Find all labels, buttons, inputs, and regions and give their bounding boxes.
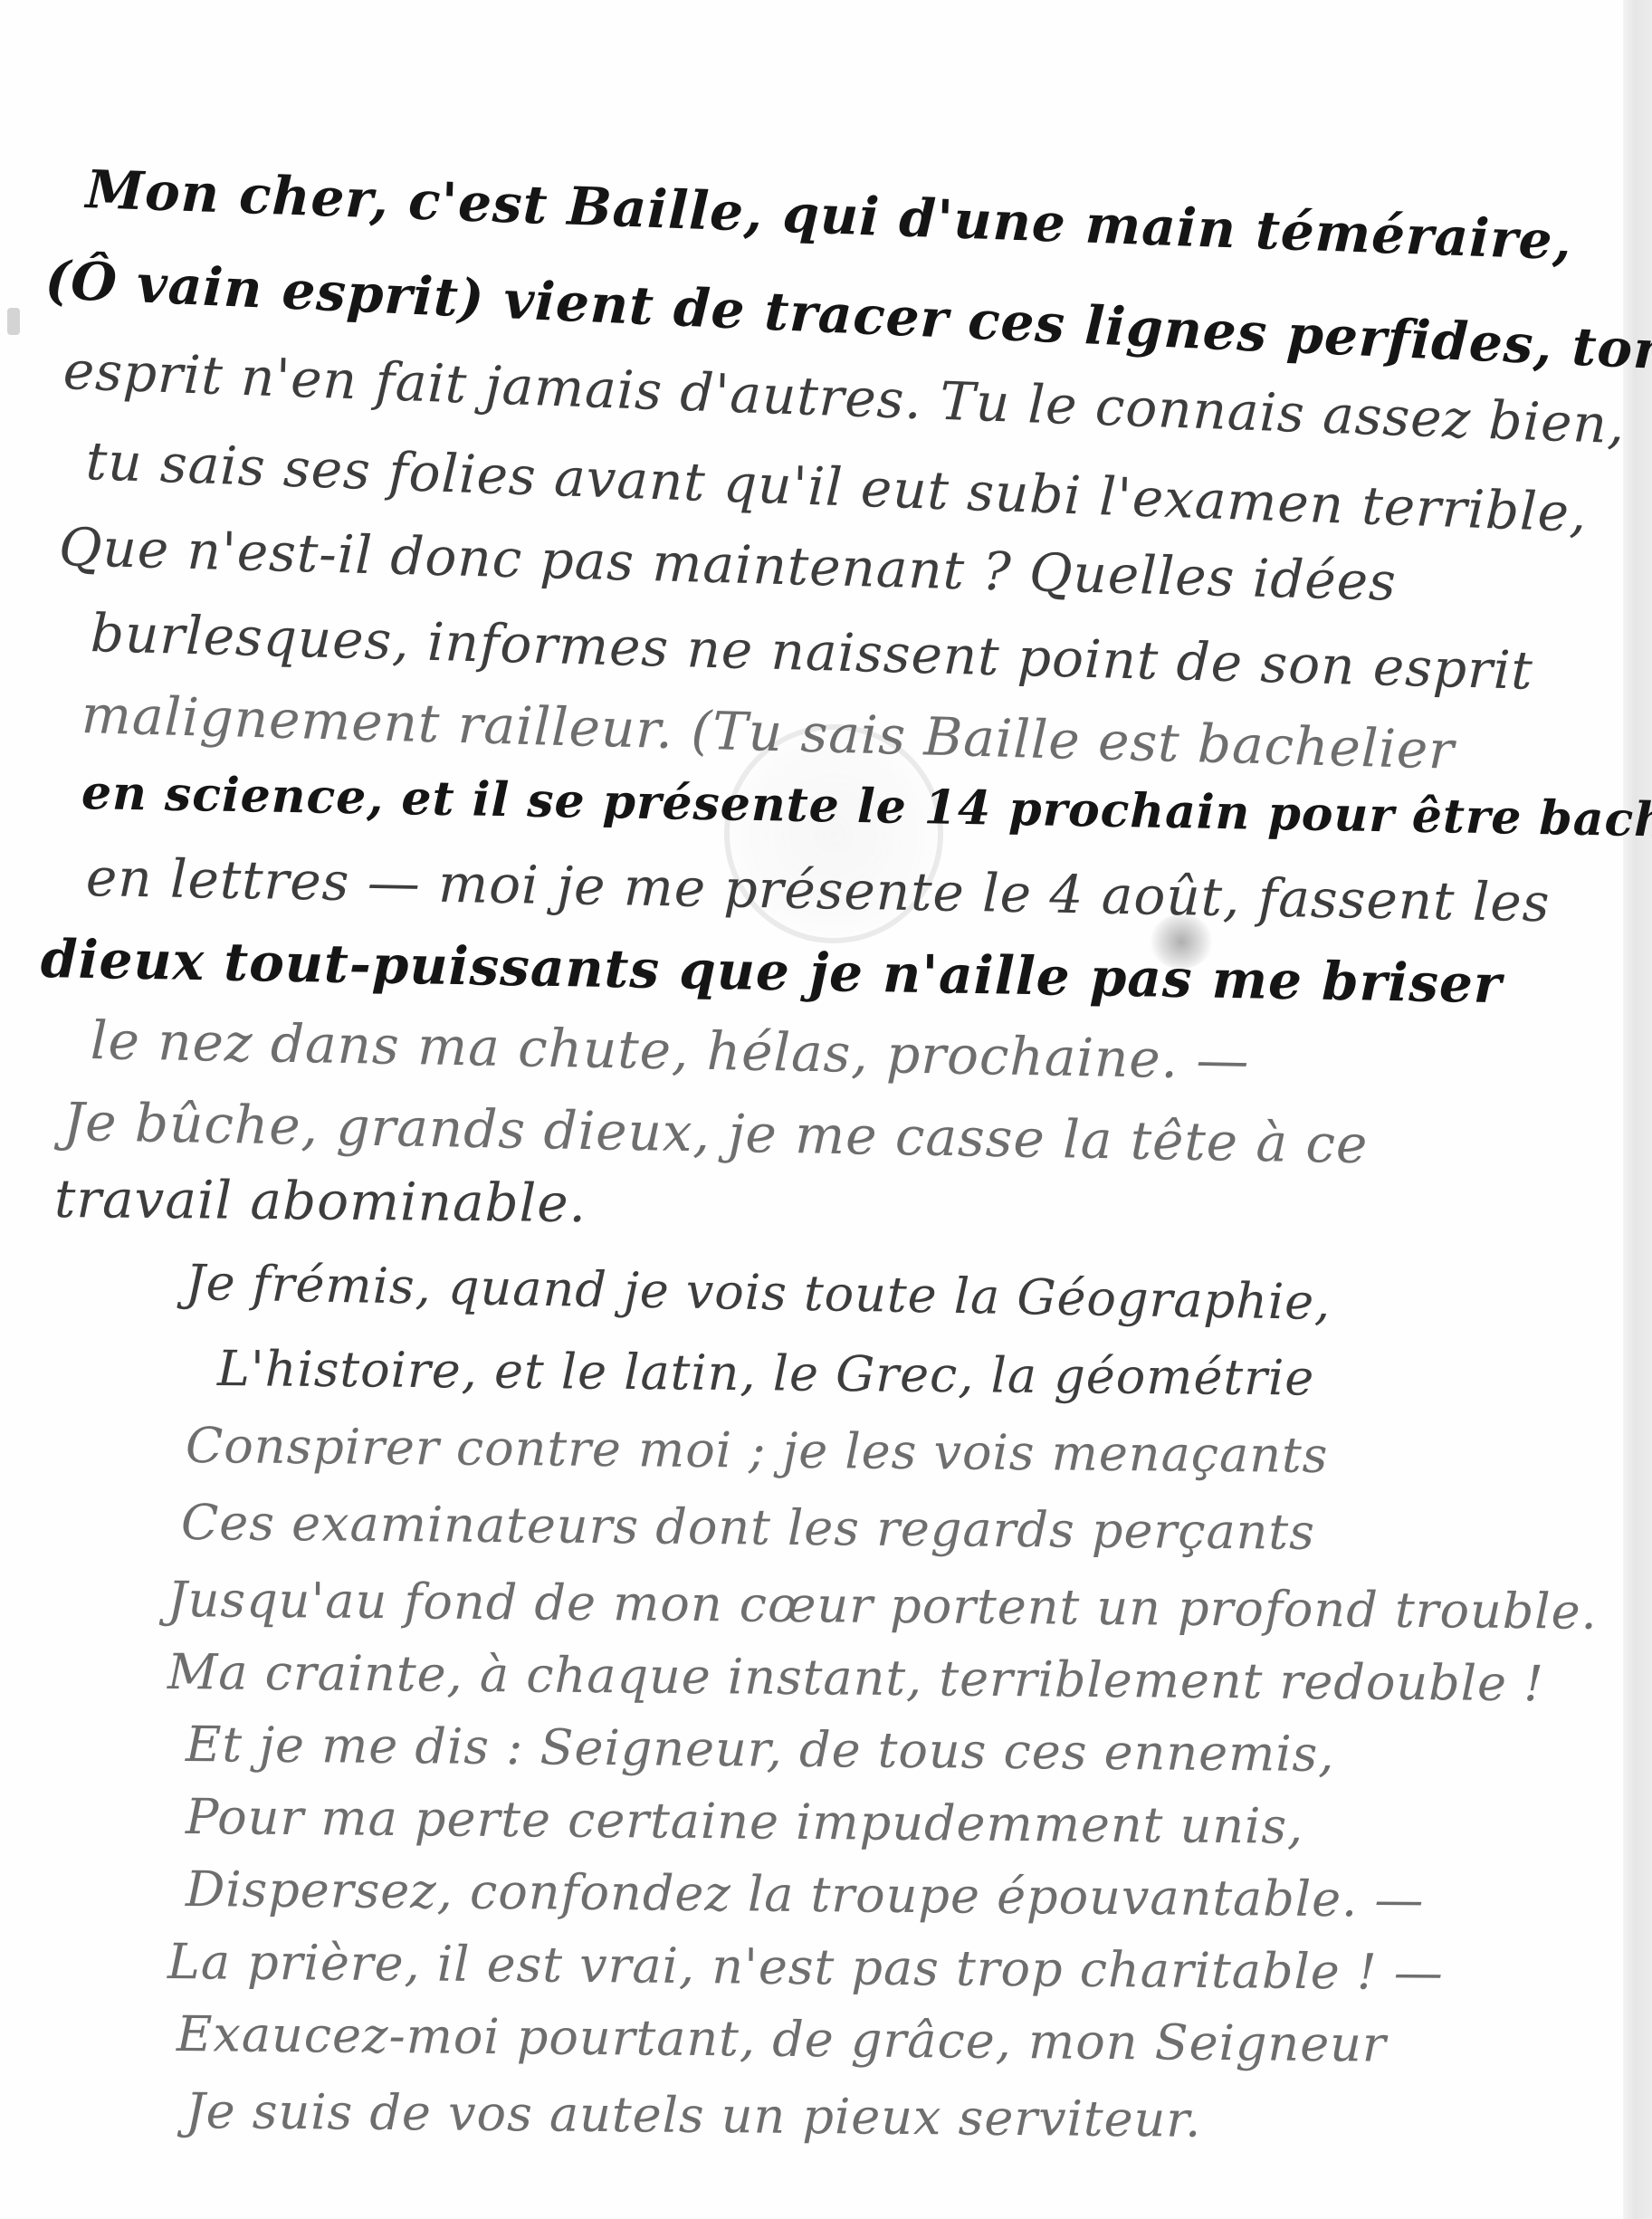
poem-line-8: Pour ma perte certaine impudemment unis, — [186, 1788, 1304, 1855]
poem-line-1: Je frémis, quand je vois toute la Géogra… — [185, 1254, 1331, 1331]
poem-line-10: La prière, il est vrai, n'est pas trop c… — [167, 1933, 1444, 2001]
paper-speck — [7, 308, 20, 335]
manuscript-page: Mon cher, c'est Baille, qui d'une main t… — [0, 0, 1652, 2219]
poem-line-7: Et je me dis : Seigneur, de tous ces enn… — [186, 1716, 1335, 1783]
prose-line-1: Mon cher, c'est Baille, qui d'une main t… — [85, 158, 1573, 272]
poem-line-6: Ma crainte, à chaque instant, terribleme… — [167, 1643, 1544, 1712]
prose-line-13: travail abominable. — [54, 1168, 587, 1234]
poem-line-4: Ces examinateurs dont les regards perçan… — [181, 1494, 1315, 1561]
poem-line-3: Conspirer contre moi ; je les vois menaç… — [186, 1417, 1329, 1484]
poem-line-2: L'histoire, et le latin, le Grec, la géo… — [217, 1340, 1315, 1407]
prose-line-5: Que n'est-il donc pas maintenant ? Quell… — [58, 516, 1398, 613]
prose-line-10: dieux tout-puissants que je n'aille pas … — [40, 928, 1503, 1015]
poem-line-11: Exaucez-moi pourtant, de grâce, mon Seig… — [177, 2005, 1387, 2073]
poem-line-9: Dispersez, confondez la troupe épouvanta… — [186, 1860, 1425, 1928]
prose-line-9: en lettres — moi je me présente le 4 aoû… — [85, 846, 1551, 933]
poem-line-12: Je suis de vos autels un pieux serviteur… — [186, 2082, 1202, 2148]
prose-line-6: burlesques, informes ne naissent point d… — [90, 602, 1533, 702]
prose-line-11: le nez dans ma chute, hélas, prochaine. … — [90, 1009, 1250, 1091]
poem-line-5: Jusqu'au fond de mon cœur portent un pro… — [167, 1571, 1598, 1640]
prose-line-12: Je bûche, grands dieux, je me casse la t… — [62, 1091, 1368, 1175]
